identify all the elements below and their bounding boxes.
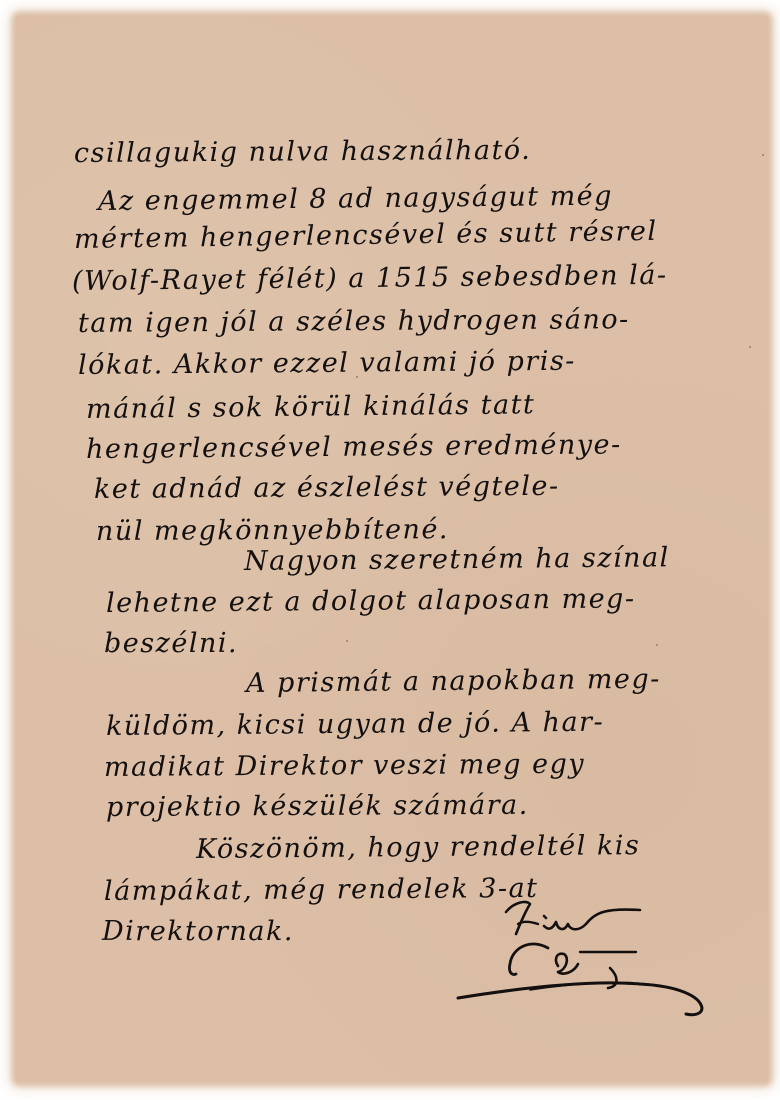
letter-line-20: Direktornak. [102,916,294,947]
letter-line-5: tam igen jól a széles hydrogen sáno- [78,304,630,339]
letter-line-17: projektio készülék számára. [106,790,529,823]
letter-line-1: csillagukig nulva használható. [74,135,531,169]
letter-line-7: mánál s sok körül kinálás tatt [86,389,536,425]
signature [440,880,740,1030]
letter-line-18: Köszönöm, hogy rendeltél kis [196,830,641,865]
paper-speck [516,278,518,280]
paper-speck [656,644,658,646]
letter-line-2: Az engemmel 8 ad nagyságut még [98,181,613,217]
letter-line-14: A prismát a napokban meg- [246,664,661,699]
letter-line-3: mértem hengerlencsével és sutt résrel [74,216,658,255]
paper-speck [112,647,114,649]
letter-page: csillagukig nulva használható. Az engemm… [16,16,768,1082]
letter-line-15: küldöm, kicsi ugyan de jó. A har- [106,707,604,742]
letter-line-9: ket adnád az észlelést végtele- [94,471,560,505]
letter-line-6: lókat. Akkor ezzel valami jó pris- [78,346,576,381]
letter-line-11: Nagyon szeretném ha színal [244,542,670,577]
letter-line-10: nül megkönnyebbítené. [96,514,449,547]
letter-line-8: hengerlencsével mesés eredménye- [86,429,622,465]
letter-line-13: beszélni. [104,628,238,659]
signature-scribble-icon [440,880,740,1030]
letter-line-16: madikat Direktor veszi meg egy [104,749,585,783]
paper-speck [346,640,348,642]
paper-speck [749,346,751,348]
letter-line-4: (Wolf-Rayet félét) a 1515 sebesdben lá- [72,260,668,297]
paper-speck [356,376,358,378]
paper-speck [762,154,764,156]
letter-line-12: lehetne ezt a dolgot alaposan meg- [106,583,636,619]
